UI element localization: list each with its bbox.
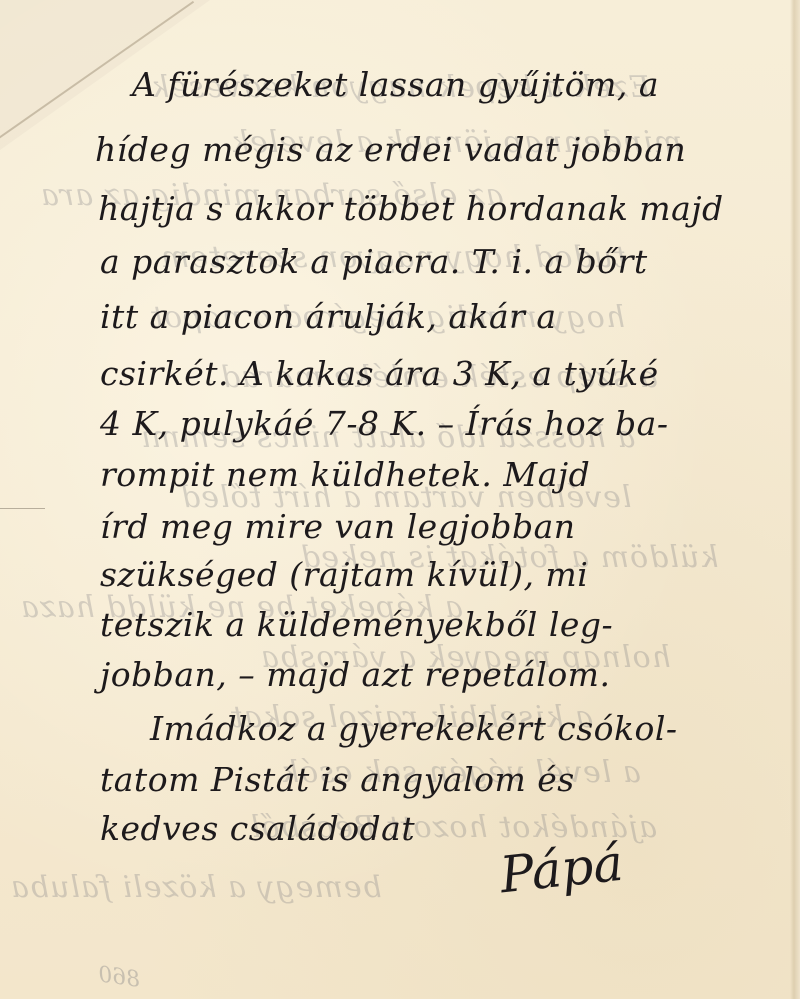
- letter-line: hajtja s akkor többet hordanak majd: [98, 192, 724, 225]
- letter-line: 4 K, pulykáé 7-8 K. – Írás hoz ba-: [100, 407, 669, 440]
- signature: Pápá: [497, 834, 625, 905]
- letter-line: szükséged (rajtam kívül), mi: [100, 558, 588, 591]
- letter-line: rompit nem küldhetek. Majd: [100, 458, 590, 491]
- letter-line: hídeg mégis az erdei vadat jobban: [95, 133, 686, 166]
- letter-line: csirkét. A kakas ára 3 K, a tyúké: [100, 357, 659, 390]
- letter-line: tatom Pistát is angyalom és: [100, 763, 575, 796]
- letter-body: A fürészeket lassan gyűjtöm, a hídeg még…: [0, 0, 800, 999]
- letter-line: A fürészeket lassan gyűjtöm, a: [132, 68, 659, 101]
- letter-line: jobban, – majd azt repetálom.: [100, 658, 610, 691]
- letter-line: kedves családodat: [100, 812, 415, 845]
- letter-page: Ezek a képek nagyon kedvesek mindennap j…: [0, 0, 800, 999]
- letter-line: tetszik a küldeményekből leg-: [100, 608, 613, 641]
- letter-line: Imádkoz a gyerekekért csókol-: [150, 712, 678, 745]
- letter-line: a parasztok a piacra. T. i. a bőrt: [100, 245, 648, 278]
- letter-line: írd meg mire van legjobban: [100, 510, 576, 543]
- letter-line: itt a piacon árulják, akár a: [100, 300, 557, 333]
